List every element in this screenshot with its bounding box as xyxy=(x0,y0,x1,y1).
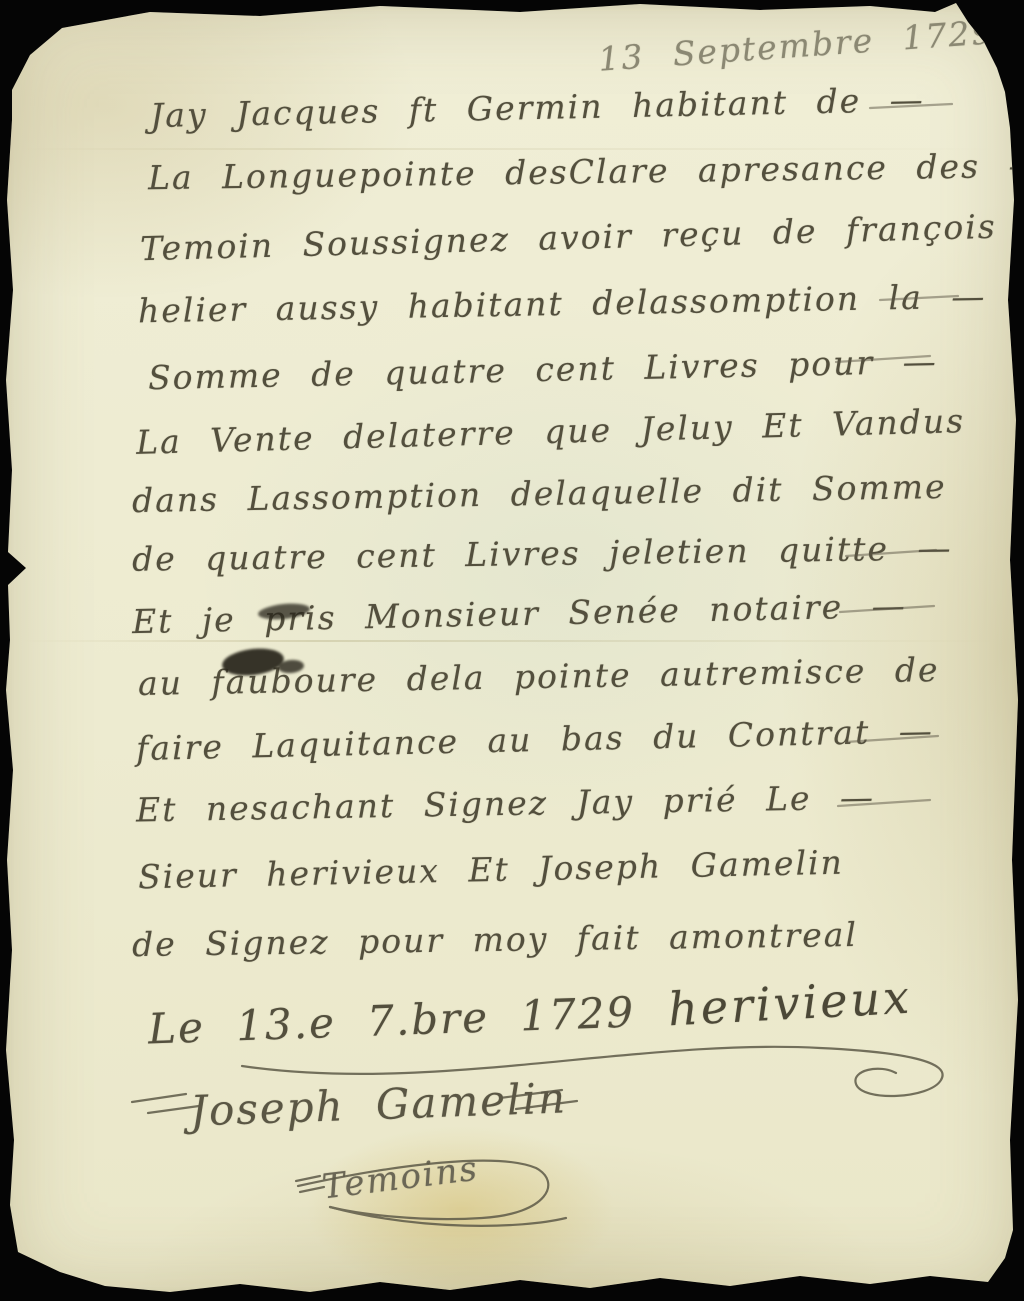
manuscript-paper: 13 Septembre 1729 Jay Jacques ft Germin … xyxy=(0,0,1024,1301)
letter-line-2: La Longuepointe desClare apresance des — xyxy=(148,146,1024,197)
letter-line-1: Jay Jacques ft Germin habitant de — xyxy=(150,80,925,135)
letter-dateline: Le 13.e 7.bre 1729 xyxy=(147,988,636,1054)
letter-line-9: Et je pris Monsieur Senée notaire — xyxy=(132,586,907,641)
signature-joseph-gamelin: Joseph Gamelin xyxy=(189,1073,567,1135)
letter-line-13: Sieur herivieux Et Joseph Gamelin xyxy=(138,843,845,897)
letter-line-7: dans Lassomption delaquelle dit Somme xyxy=(132,467,947,520)
temoins-label: Temoins xyxy=(320,1149,481,1208)
letter-line-4: helier aussy habitant delassomption la — xyxy=(138,277,987,331)
signature-herivieux: herivieux xyxy=(667,970,914,1037)
letter-line-6: La Vente delaterre que Jeluy Et Vandus xyxy=(136,401,966,462)
letter-line-5: Somme de quatre cent Livres pour — xyxy=(148,342,938,398)
scan-background: 13 Septembre 1729 Jay Jacques ft Germin … xyxy=(0,0,1024,1301)
letter-line-11: faire Laquitance au bas du Contrat — xyxy=(136,711,934,768)
letter-line-14: de Signez pour moy fait amontreal xyxy=(132,915,858,964)
letter-line-12: Et nesachant Signez Jay prié Le — xyxy=(136,778,876,830)
letter-line-3: Temoin Soussignez avoir reçu de françois xyxy=(140,207,998,268)
date-annotation: 13 Septembre 1729 xyxy=(597,12,995,79)
letter-line-8: de quatre cent Livres jeletien quitte — xyxy=(132,528,953,578)
